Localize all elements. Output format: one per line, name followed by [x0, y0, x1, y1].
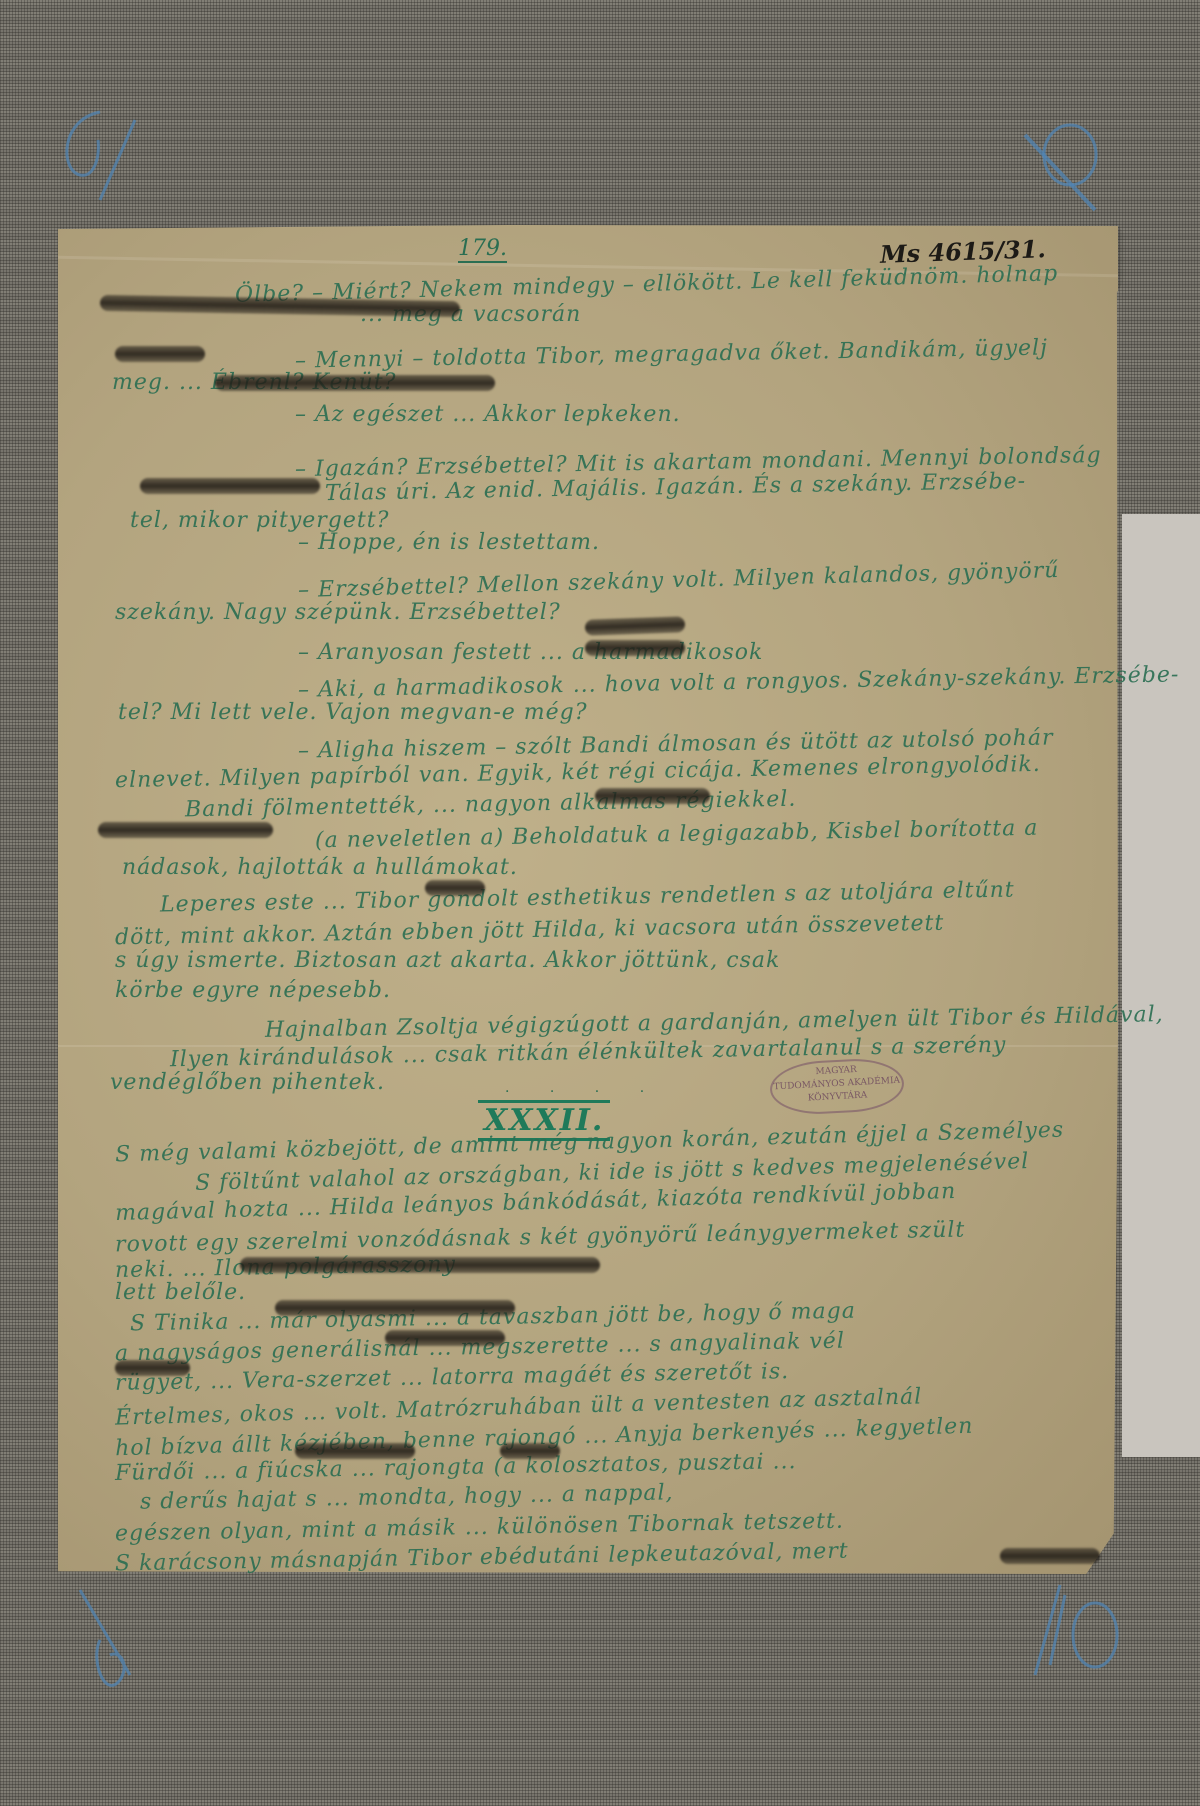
manuscript-line: – Az egészet ... Akkor lepkeken.	[295, 402, 681, 427]
pencil-strikeout	[115, 1360, 190, 1376]
manuscript-line: lett belőle.	[115, 1280, 246, 1305]
pencil-strikeout	[595, 788, 710, 804]
manuscript-line: vendéglőben pihentek.	[110, 1070, 385, 1095]
page-number: 179.	[458, 236, 507, 263]
manuscript-line: körbe egyre népesebb.	[115, 978, 391, 1003]
white-backing-strip	[1122, 514, 1200, 1457]
pencil-strikeout	[215, 375, 495, 391]
pencil-strikeout	[385, 1330, 505, 1346]
manuscript-line: s úgy ismerte. Biztosan azt akarta. Akko…	[115, 948, 780, 973]
chapter-dots: · · · ·	[505, 1084, 662, 1100]
pencil-strikeout	[585, 640, 685, 656]
manuscript-line: – Hoppe, én is lestettam.	[298, 530, 600, 555]
pencil-strikeout	[115, 346, 205, 362]
pencil-strikeout	[98, 822, 273, 838]
pencil-strikeout	[275, 1300, 515, 1316]
crayon-mark-bottom-right	[1020, 1575, 1140, 1695]
pencil-strikeout	[240, 1257, 600, 1273]
crayon-mark-bottom-left	[60, 1580, 160, 1700]
manuscript-line: szekány. Nagy szépünk. Erzsébettel?	[115, 600, 561, 625]
crayon-mark-top-left	[40, 100, 140, 210]
manuscript-line: – Aranyosan festett ... a harmadikosok	[298, 640, 763, 665]
pencil-strikeout	[425, 880, 485, 896]
pencil-strikeout	[295, 1443, 415, 1459]
manuscript-line: tel? Mi lett vele. Vajon megvan-e még?	[118, 700, 588, 725]
pencil-strikeout	[140, 478, 320, 494]
crayon-mark-top-right	[1010, 110, 1120, 220]
manuscript-line: nádasok, hajlották a hullámokat.	[122, 855, 518, 880]
pencil-strikeout	[500, 1443, 560, 1459]
pencil-strikeout	[1000, 1548, 1100, 1564]
